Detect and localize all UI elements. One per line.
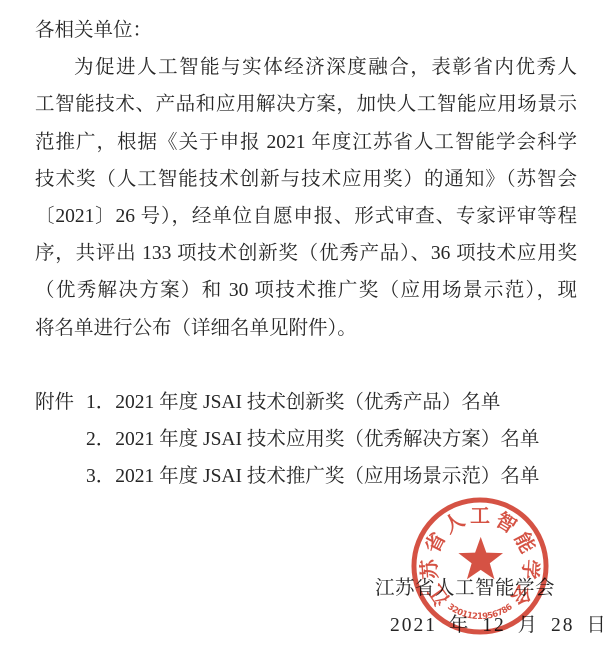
paragraph-line: 将名单进行公布（详细名单见附件）。 (35, 310, 577, 347)
paragraph-line: （优秀解决方案）和 30 项技术推广奖（应用场景示范），现 (35, 272, 577, 309)
attachment-row: 3．2021 年度 JSAI 技术推广奖（应用场景示范）名单 (35, 458, 577, 495)
attachment-item: 1．2021 年度 JSAI 技术创新奖（优秀产品）名单 (86, 384, 500, 421)
salutation: 各相关单位： (35, 12, 577, 49)
attachment-row: 附件 1．2021 年度 JSAI 技术创新奖（优秀产品）名单 (35, 384, 577, 421)
attachment-item: 2．2021 年度 JSAI 技术应用奖（优秀解决方案）名单 (86, 421, 539, 458)
paragraph-line: 为促进人工智能与实体经济深度融合，表彰省内优秀人 (35, 49, 577, 86)
body-paragraph: 为促进人工智能与实体经济深度融合，表彰省内优秀人 工智能技术、产品和应用解决方案… (35, 49, 577, 347)
paragraph-line: 〔2021〕26 号），经单位自愿申报、形式审查、专家评审等程 (35, 198, 577, 235)
attachments-label-spacer (35, 458, 86, 495)
attachment-row: 2．2021 年度 JSAI 技术应用奖（优秀解决方案）名单 (35, 421, 577, 458)
paragraph-line: 范推广，根据《关于申报 2021 年度江苏省人工智能学会科学 (35, 124, 577, 161)
attachment-item: 3．2021 年度 JSAI 技术推广奖（应用场景示范）名单 (86, 458, 539, 495)
attachments-section: 附件 1．2021 年度 JSAI 技术创新奖（优秀产品）名单 2．2021 年… (35, 384, 577, 496)
attachments-label: 附件 (35, 384, 86, 421)
attachments-label-spacer (35, 421, 86, 458)
paragraph-line: 序，共评出 133 项技术创新奖（优秀产品）、36 项技术应用奖 (35, 235, 577, 272)
blank-line (35, 347, 577, 384)
paragraph-line: 工智能技术、产品和应用解决方案，加快人工智能应用场景示 (35, 86, 577, 123)
blank-line (35, 496, 577, 533)
document-page: 各相关单位： 为促进人工智能与实体经济深度融合，表彰省内优秀人 工智能技术、产品… (0, 0, 610, 645)
paragraph-line: 技术奖（人工智能技术创新与技术应用奖）的通知》（苏智会 (35, 161, 577, 198)
signature-date: 2021 年 12 月 28 日 (390, 607, 577, 644)
blank-line (35, 533, 577, 570)
signature-organization: 江苏省人工智能学会 (375, 570, 577, 607)
